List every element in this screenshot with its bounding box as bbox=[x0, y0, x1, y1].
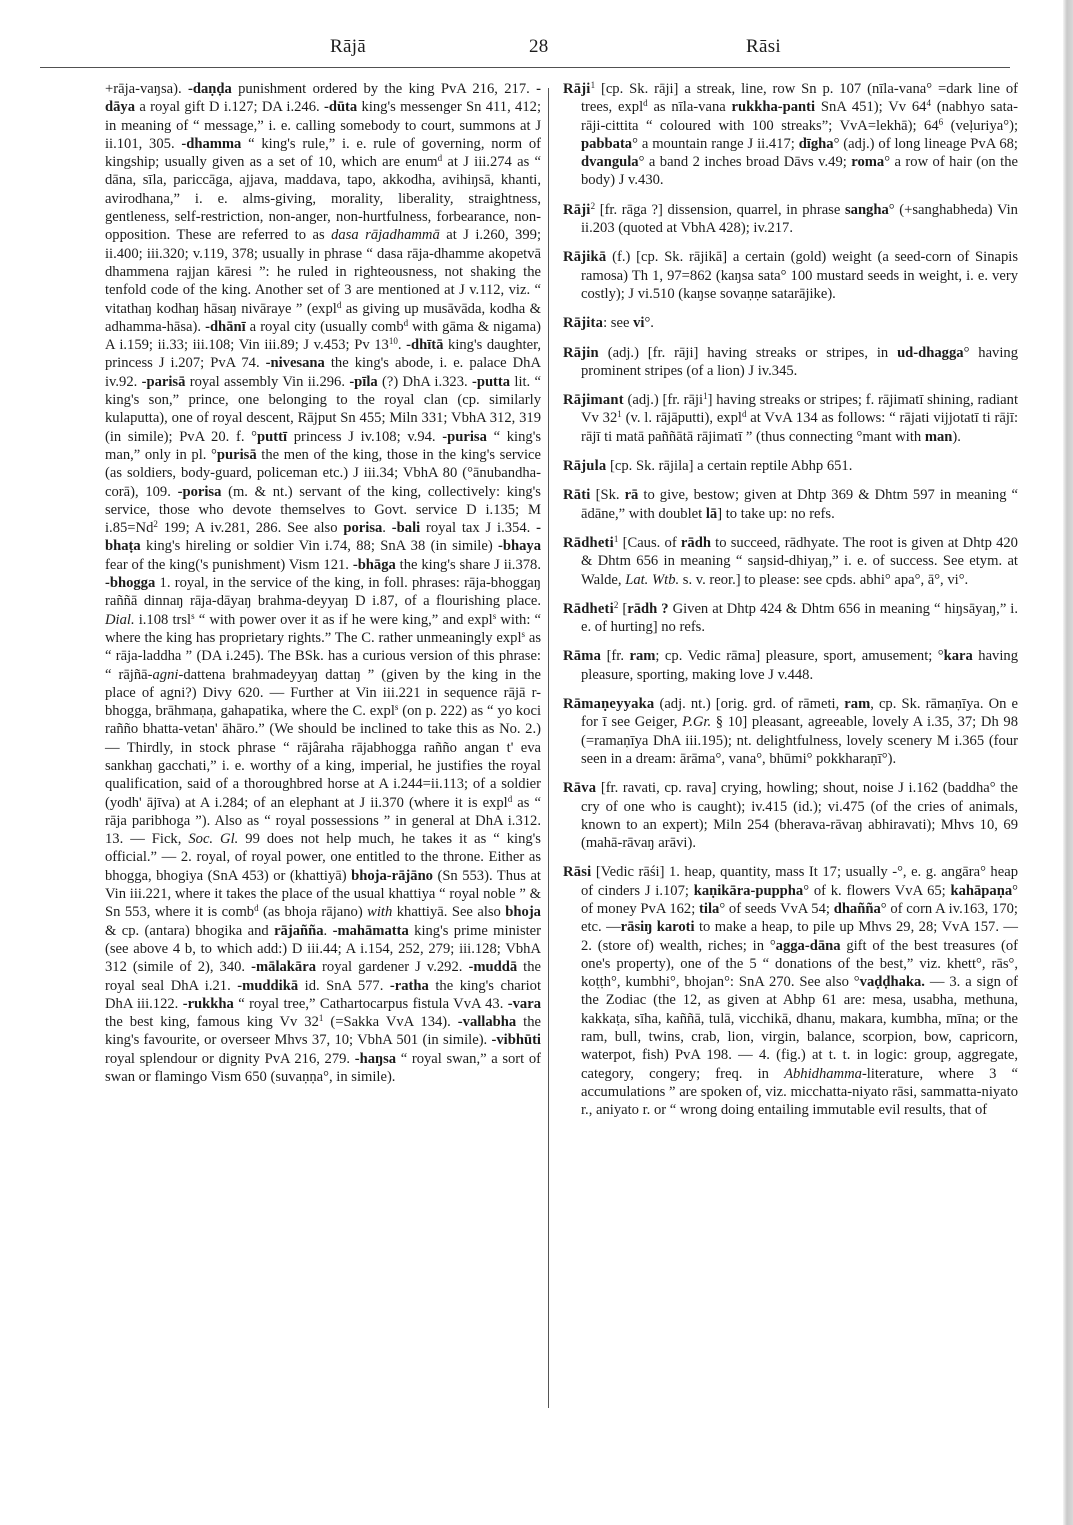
text-run: . bbox=[324, 923, 333, 939]
bold-term: ram bbox=[629, 648, 655, 664]
bold-term: dhañña bbox=[834, 901, 881, 917]
bold-term: rā bbox=[625, 487, 639, 503]
dictionary-entry-rati: Rāti [Sk. rā to give, bestow; given at D… bbox=[563, 486, 1018, 523]
headword: Rāti bbox=[563, 487, 591, 503]
bold-term: roma bbox=[851, 154, 884, 170]
bold-term: -dūta bbox=[324, 99, 357, 115]
text-run: royal splendour or dignity PvA 216, 279. bbox=[105, 1051, 355, 1067]
bold-term: -ratha bbox=[390, 978, 429, 994]
italic-term: with bbox=[367, 904, 392, 920]
text-run: & cp. (antara) bhogika and bbox=[105, 923, 274, 939]
text-run: id. SnA 577. bbox=[298, 978, 390, 994]
text-run: SnA 451); Vv 64 bbox=[815, 99, 926, 115]
text-run: [ bbox=[618, 601, 627, 617]
dictionary-entry-rava: Rāva [fr. ravati, cp. rava] crying, howl… bbox=[563, 779, 1018, 852]
bold-term: -bhogga bbox=[105, 575, 155, 591]
italic-term: Lat. Wtb. bbox=[625, 572, 679, 588]
bold-term: kaṇikāra-puppha bbox=[694, 883, 804, 899]
bold-term: -purisa bbox=[442, 429, 487, 445]
headword: Rāji bbox=[563, 81, 591, 97]
text-run: 1. royal, in the service of the king, in… bbox=[105, 575, 541, 609]
headword: Rāji bbox=[563, 202, 591, 218]
headword: Rāma bbox=[563, 648, 601, 664]
text-run: (as bhoja rājano) bbox=[259, 904, 368, 920]
italic-term: Dial. bbox=[105, 612, 135, 628]
bold-term: -vibhūti bbox=[492, 1032, 541, 1048]
text-run: “ with power over it as if he were king,… bbox=[195, 612, 493, 628]
bold-term: -dhītā bbox=[406, 337, 443, 353]
bold-term: sangha bbox=[845, 202, 889, 218]
left-column: +rāja-vaŋsa). -daṇḍa punishment ordered … bbox=[105, 80, 541, 1086]
text-run: (adj. nt.) [orig. grd. of rāmeti, bbox=[654, 696, 844, 712]
text-run: i.108 trsl bbox=[135, 612, 192, 628]
headword: Rājikā bbox=[563, 249, 606, 265]
text-run: fear of the king('s punishment) Vism 121… bbox=[105, 557, 353, 573]
text-run: king's hireling or soldier Vin i.74, 88;… bbox=[141, 538, 498, 554]
bold-term: -vallabha bbox=[458, 1014, 516, 1030]
bold-term: rukkha-panti bbox=[732, 99, 816, 115]
text-run: the king's share J ii.378. bbox=[396, 557, 541, 573]
text-run: royal assembly Vin ii.296. bbox=[185, 374, 349, 390]
dictionary-entry-ramaneyyaka: Rāmaṇeyyaka (adj. nt.) [orig. grd. of rā… bbox=[563, 695, 1018, 768]
dictionary-entry-rajimant: Rājimant (adj.) [fr. rāji1] having strea… bbox=[563, 391, 1018, 446]
italic-term: P.Gr. bbox=[682, 714, 711, 730]
bold-term: -mālakāra bbox=[251, 959, 316, 975]
bold-term: -porisa bbox=[178, 484, 222, 500]
text-run: princess J iv.108; v.94. bbox=[287, 429, 442, 445]
text-run: royal tax J i.354. bbox=[420, 520, 536, 536]
bold-term: kara bbox=[944, 648, 973, 664]
text-run: °. bbox=[644, 315, 654, 331]
right-column: Rāji1 [cp. Sk. rāji] a streak, line, row… bbox=[563, 80, 1018, 1131]
text-run: “ royal tree,” Cathartocarpus fistula Vv… bbox=[234, 996, 508, 1012]
text-run: a royal gift D i.127; DA i.246. bbox=[135, 99, 324, 115]
page-number: 28 bbox=[529, 36, 549, 58]
superscript: 10 bbox=[389, 336, 398, 346]
bold-term: -pīla bbox=[349, 374, 377, 390]
text-run: ° a band 2 inches broad Dāvs v.49; bbox=[639, 154, 852, 170]
text-run: +rāja-vaŋsa). bbox=[105, 81, 188, 97]
bold-term: purisā bbox=[217, 447, 257, 463]
text-run: [fr. rāga ?] dissension, quarrel, in phr… bbox=[595, 202, 845, 218]
bold-term: ram bbox=[844, 696, 870, 712]
bold-term: -dhamma bbox=[181, 136, 241, 152]
column-divider bbox=[548, 88, 549, 1408]
headword: Rājin bbox=[563, 345, 599, 361]
dictionary-entry-rajula: Rājula [cp. Sk. rājila] a certain reptil… bbox=[563, 457, 1018, 475]
headword: Rāva bbox=[563, 780, 596, 796]
bold-term: vi bbox=[633, 315, 644, 331]
text-run: the best king, famous king Vv 32 bbox=[105, 1014, 319, 1030]
text-run: as nīla-vana bbox=[648, 99, 732, 115]
raja-compounds-paragraph: +rāja-vaŋsa). -daṇḍa punishment ordered … bbox=[105, 80, 541, 1086]
headword: Rājula bbox=[563, 458, 606, 474]
bold-term: pabbata bbox=[581, 136, 632, 152]
bold-term: puttī bbox=[257, 429, 287, 445]
text-run: [fr. ravati, cp. rava] crying, howling; … bbox=[581, 780, 1018, 851]
page-edge-shadow bbox=[1063, 0, 1073, 1525]
text-run: (adj.) [fr. rāji] having streaks or stri… bbox=[599, 345, 897, 361]
text-run: ° (adj.) of long lineage PvA 68; bbox=[834, 136, 1018, 152]
text-run: (v. l. rājāputti), expl bbox=[622, 410, 742, 426]
dictionary-entry-radheti-2: Rādheti2 [rādh ? Given at Dhtp 424 & Dht… bbox=[563, 600, 1018, 637]
text-run: . bbox=[382, 520, 392, 536]
guide-word-left: Rājā bbox=[330, 36, 366, 58]
bold-term: -putta bbox=[472, 374, 510, 390]
text-run: (on p. 222) as “ yo koci rañño bhatta-ve… bbox=[105, 703, 541, 810]
dictionary-entry-raji-1: Rāji1 [cp. Sk. rāji] a streak, line, row… bbox=[563, 80, 1018, 190]
text-run: (veḷuriya°); bbox=[943, 118, 1018, 134]
bold-term: -bali bbox=[392, 520, 420, 536]
text-run: ). bbox=[952, 429, 961, 445]
running-head: Rājā 28 Rāsi bbox=[0, 36, 1073, 64]
bold-term: -muddā bbox=[468, 959, 517, 975]
bold-term: porisa bbox=[343, 520, 382, 536]
bold-term: rādh ? bbox=[627, 601, 668, 617]
text-run: ° of k. flowers VvA 65; bbox=[803, 883, 950, 899]
bold-term: tila bbox=[699, 901, 719, 917]
bold-term: ud-dhagga bbox=[897, 345, 964, 361]
bold-term: agga-dāna bbox=[776, 938, 841, 954]
dictionary-entry-radheti-1: Rādheti1 [Caus. of rādh to succeed, rādh… bbox=[563, 534, 1018, 589]
bold-term: kahāpaṇa bbox=[950, 883, 1012, 899]
text-run: ° of seeds VvA 54; bbox=[719, 901, 833, 917]
bold-term: rādh bbox=[681, 535, 711, 551]
text-run: . bbox=[398, 337, 406, 353]
bold-term: -bhāga bbox=[353, 557, 396, 573]
bold-term: -vara bbox=[508, 996, 541, 1012]
italic-term: Soc. Gl. bbox=[188, 831, 238, 847]
text-run: 199; A iv.281, 286. See also bbox=[158, 520, 344, 536]
header-rule bbox=[40, 67, 1010, 68]
text-run: [fr. bbox=[601, 648, 629, 664]
text-run: khattiyā. See also bbox=[392, 904, 505, 920]
bold-term: -parisā bbox=[142, 374, 186, 390]
bold-term: bhoja-rājāno bbox=[351, 868, 433, 884]
bold-term: -muddikā bbox=[237, 978, 298, 994]
text-run: ° a mountain range J ii.417; bbox=[632, 136, 799, 152]
bold-term: dvangula bbox=[581, 154, 639, 170]
text-run: [Caus. of bbox=[618, 535, 681, 551]
bold-term: -bhaya bbox=[498, 538, 541, 554]
bold-term: -haŋsa bbox=[355, 1051, 396, 1067]
bold-term: -dhānī bbox=[205, 319, 246, 335]
dictionary-entry-rama: Rāma [fr. ram; cp. Vedic rāma] pleasure,… bbox=[563, 647, 1018, 684]
bold-term: vaḍḍhaka. bbox=[860, 974, 925, 990]
guide-word-right: Rāsi bbox=[746, 36, 781, 58]
text-run: s. v. reor.] to please: see cpds. abhi° … bbox=[679, 572, 968, 588]
dictionary-entry-rasi: Rāsi [Vedic rāśi] 1. heap, quantity, mas… bbox=[563, 863, 1018, 1119]
headword: Rāsi bbox=[563, 864, 591, 880]
text-run: ] to take up: no refs. bbox=[717, 506, 835, 522]
headword: Rājimant bbox=[563, 392, 624, 408]
text-run: (?) DhA i.323. bbox=[378, 374, 472, 390]
text-run: [cp. Sk. rājila] a certain reptile Abhp … bbox=[606, 458, 852, 474]
text-run: (f.) [cp. Sk. rājikā] a certain (gold) w… bbox=[581, 249, 1018, 302]
dictionary-entry-rajin: Rājin (adj.) [fr. rāji] having streaks o… bbox=[563, 344, 1018, 381]
italic-term: Abhidhamma bbox=[784, 1066, 862, 1082]
bold-term: man bbox=[925, 429, 953, 445]
text-run: : see bbox=[603, 315, 633, 331]
headword: Rādheti bbox=[563, 535, 614, 551]
headword: Rājita bbox=[563, 315, 603, 331]
dictionary-entry-rajita: Rājita: see vi°. bbox=[563, 314, 1018, 332]
bold-term: rājañña bbox=[274, 923, 323, 939]
headword: Rāmaṇeyyaka bbox=[563, 696, 654, 712]
bold-term: dīgha bbox=[799, 136, 834, 152]
dictionary-entry-raji-2: Rāji2 [fr. rāga ?] dissension, quarrel, … bbox=[563, 201, 1018, 238]
text-run: [Sk. bbox=[591, 487, 625, 503]
headword: Rādheti bbox=[563, 601, 614, 617]
bold-term: -daṇḍa bbox=[188, 81, 232, 97]
text-run: royal gardener J v.292. bbox=[316, 959, 468, 975]
bold-term: bhoja bbox=[505, 904, 541, 920]
bold-term: -rukkha bbox=[183, 996, 234, 1012]
dictionary-entry-rajika: Rājikā (f.) [cp. Sk. rājikā] a certain (… bbox=[563, 248, 1018, 303]
text-run: a royal city (usually comb bbox=[246, 319, 404, 335]
italic-term: dasa rājadhammā bbox=[331, 227, 440, 243]
bold-term: lā bbox=[706, 506, 717, 522]
text-run: punishment ordered by the king PvA 216, … bbox=[232, 81, 536, 97]
text-run: (=Sakka VvA 134). bbox=[323, 1014, 457, 1030]
bold-term: rāsiŋ karoti bbox=[621, 919, 695, 935]
italic-term: agni bbox=[153, 667, 179, 683]
bold-term: -mahāmatta bbox=[333, 923, 409, 939]
text-run: ; cp. Vedic rāma] pleasure, sport, amuse… bbox=[655, 648, 943, 664]
text-run: (adj.) [fr. rāji bbox=[624, 392, 703, 408]
bold-term: -nivesana bbox=[266, 355, 325, 371]
